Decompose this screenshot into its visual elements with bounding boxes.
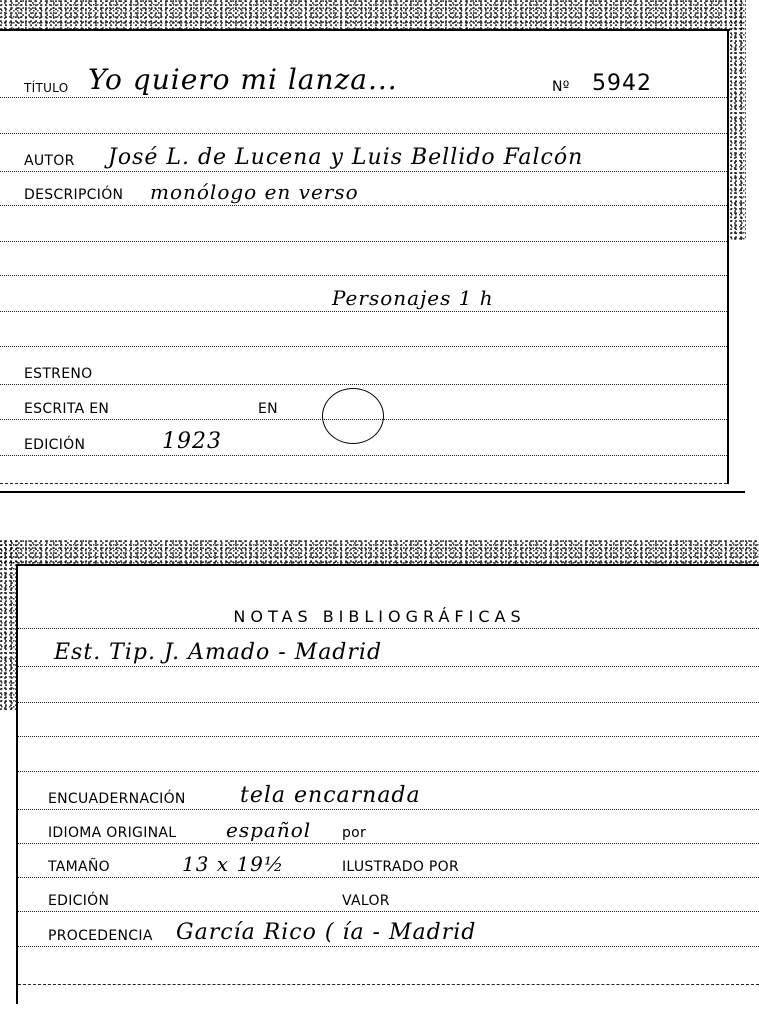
encuadernacion-label: ENCUADERNACIÓN: [48, 791, 186, 807]
blank-row: [0, 312, 727, 347]
numero-value: 5942: [592, 71, 652, 96]
personajes-value: Personajes 1 h: [332, 286, 494, 310]
numero-label: Nº: [552, 79, 570, 95]
punch-hole-mark: [322, 388, 384, 444]
estreno-label: ESTRENO: [24, 366, 92, 382]
idioma-label: IDIOMA ORIGINAL: [48, 825, 176, 841]
titulo-value: Yo quiero mi lanza...: [88, 63, 398, 96]
notas-row: Est. Tip. J. Amado - Madrid: [18, 632, 759, 667]
descripcion-row: DESCRIPCIÓN monólogo en verso: [0, 171, 727, 206]
blank-row: [18, 737, 759, 772]
blank-row: [18, 594, 759, 629]
notas-value: Est. Tip. J. Amado - Madrid: [54, 640, 382, 665]
blank-row: [18, 702, 759, 737]
idioma-value: español: [226, 818, 311, 842]
escrita-en-label: ESCRITA EN: [24, 401, 109, 417]
personajes-row: Personajes 1 h: [0, 277, 727, 312]
descripcion-label: DESCRIPCIÓN: [24, 187, 123, 203]
valor-label: VALOR: [342, 893, 390, 909]
ilustrado-label: ILUSTRADO POR: [342, 859, 459, 875]
procedencia-label: PROCEDENCIA: [48, 928, 153, 944]
idioma-row: IDIOMA ORIGINAL español por: [18, 809, 759, 844]
edicion-back-label: EDICIÓN: [48, 893, 109, 909]
titulo-label: TÍTULO: [24, 81, 69, 95]
titulo-row: TÍTULO Yo quiero mi lanza... Nº 5942: [0, 63, 727, 98]
card-right-border: [727, 29, 729, 484]
blank-row: [18, 950, 759, 985]
scan-edge-texture: [730, 0, 746, 240]
blank-row: [0, 241, 727, 276]
blank-row: [0, 99, 727, 134]
catalog-card-front: TÍTULO Yo quiero mi lanza... Nº 5942 AUT…: [0, 0, 759, 495]
edicion-back-row: EDICIÓN VALOR: [18, 877, 759, 912]
tamano-value: 13 x 19½: [182, 852, 284, 876]
card-top-border: [0, 29, 730, 31]
scan-edge-texture: [0, 0, 745, 30]
blank-row: [0, 207, 727, 242]
catalog-card-back: NOTAS BIBLIOGRÁFICAS Est. Tip. J. Amado …: [0, 540, 759, 1028]
encuadernacion-row: ENCUADERNACIÓN tela encarnada: [18, 775, 759, 810]
blank-row: [18, 668, 759, 703]
card-top-border: [16, 564, 759, 566]
procedencia-value: García Rico ( ía - Madrid: [176, 920, 476, 945]
procedencia-row: PROCEDENCIA García Rico ( ía - Madrid: [18, 912, 759, 947]
blank-row: [0, 449, 727, 484]
scan-edge-texture: [0, 540, 759, 565]
estreno-row: ESTRENO: [0, 350, 727, 385]
encuadernacion-value: tela encarnada: [240, 783, 421, 808]
por-label: por: [342, 825, 366, 841]
card-bottom-border: [0, 491, 745, 493]
tamano-label: TAMAÑO: [48, 859, 110, 875]
descripcion-value: monólogo en verso: [150, 180, 359, 204]
autor-label: AUTOR: [24, 153, 75, 169]
tamano-row: TAMAÑO 13 x 19½ ILUSTRADO POR: [18, 843, 759, 878]
autor-row: AUTOR José L. de Lucena y Luis Bellido F…: [0, 137, 727, 172]
en-label: EN: [258, 401, 278, 417]
autor-value: José L. de Lucena y Luis Bellido Falcón: [108, 145, 583, 170]
